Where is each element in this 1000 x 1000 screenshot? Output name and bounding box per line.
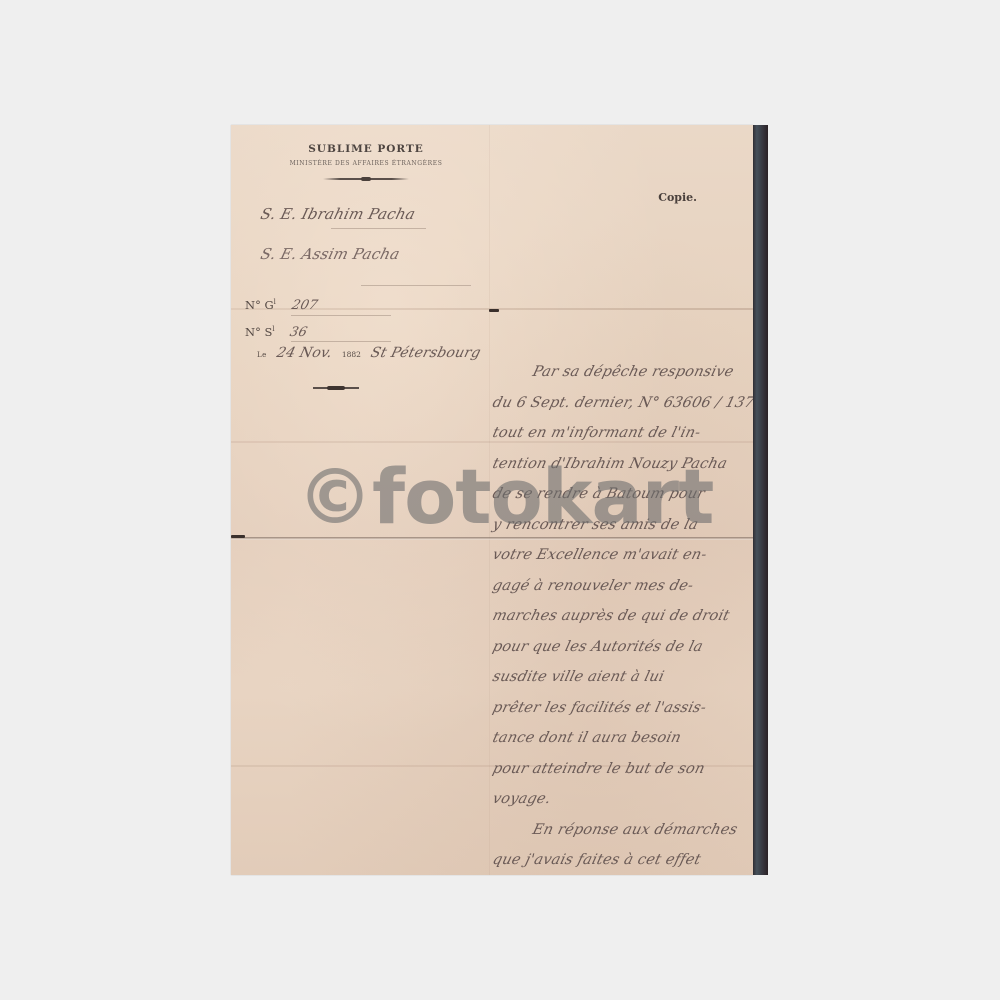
body-line-text: tout en m'informant de l'in- bbox=[489, 418, 704, 449]
body-line: de se rendre à Batoum pour bbox=[489, 479, 751, 510]
body-line: pour que les Autorités de la bbox=[489, 632, 751, 663]
letterhead-ornament bbox=[323, 178, 409, 180]
body-line-text: voyage. bbox=[489, 784, 554, 815]
underline bbox=[361, 285, 471, 286]
letterhead-subtitle: MINISTÈRE DES AFFAIRES ÉTRANGÈRES bbox=[241, 160, 491, 167]
reference-general-sup: l bbox=[274, 298, 276, 306]
letterhead-title: SUBLIME PORTE bbox=[241, 143, 491, 155]
body-line-text: tance dont il aura besoin bbox=[489, 723, 685, 754]
body-line-text: que j'avais faites à cet effet bbox=[489, 845, 704, 875]
body-line-text: gagé à renouveler mes de- bbox=[489, 571, 697, 602]
body-line: y rencontrer ses amis de la bbox=[489, 510, 751, 541]
body-line: tention d'Ibrahim Nouzy Pacha bbox=[489, 449, 751, 480]
date-prefix: Le bbox=[257, 351, 267, 359]
reference-special-label: N° S bbox=[245, 325, 272, 339]
date-ornament bbox=[313, 387, 359, 389]
body-line: que j'avais faites à cet effet bbox=[489, 845, 751, 875]
copy-label: Copie. bbox=[658, 191, 697, 204]
letter-page: SUBLIME PORTE MINISTÈRE DES AFFAIRES ÉTR… bbox=[231, 125, 753, 875]
letter-body: Par sa dépêche responsivedu 6 Sept. dern… bbox=[489, 357, 751, 875]
edge-mark bbox=[231, 535, 245, 538]
body-line: prêter les facilités et l'assis- bbox=[489, 693, 751, 724]
document-viewer: SUBLIME PORTE MINISTÈRE DES AFFAIRES ÉTR… bbox=[0, 0, 1000, 1000]
body-line-text: votre Excellence m'avait en- bbox=[489, 540, 710, 571]
letterhead: SUBLIME PORTE MINISTÈRE DES AFFAIRES ÉTR… bbox=[241, 143, 491, 180]
body-line: tance dont il aura besoin bbox=[489, 723, 751, 754]
edge-mark bbox=[489, 309, 499, 312]
body-line-text: y rencontrer ses amis de la bbox=[489, 510, 702, 541]
underline bbox=[331, 228, 426, 229]
reference-special: N° Sl 36 bbox=[245, 325, 307, 340]
body-line-text: tention d'Ibrahim Nouzy Pacha bbox=[489, 449, 731, 480]
date-line: Le 24 Nov. 1882 St Pétersbourg bbox=[257, 345, 480, 361]
body-line: voyage. bbox=[489, 784, 751, 815]
body-line: susdite ville aient à lui bbox=[489, 662, 751, 693]
date-day-month: 24 Nov. bbox=[275, 345, 334, 361]
reference-general-value: 207 bbox=[290, 298, 319, 313]
body-line: votre Excellence m'avait en- bbox=[489, 540, 751, 571]
body-line-text: du 6 Sept. dernier, N° 63606 / 137, bbox=[489, 388, 753, 419]
reference-general: N° Gl 207 bbox=[245, 298, 317, 313]
body-line: pour atteindre le but de son bbox=[489, 754, 751, 785]
reference-general-label: N° G bbox=[245, 298, 274, 312]
body-line: gagé à renouveler mes de- bbox=[489, 571, 751, 602]
body-line: En réponse aux démarches bbox=[489, 815, 751, 846]
body-line: marches auprès de qui de droit bbox=[489, 601, 751, 632]
body-line: du 6 Sept. dernier, N° 63606 / 137, bbox=[489, 388, 751, 419]
body-line: tout en m'informant de l'in- bbox=[489, 418, 751, 449]
date-year: 1882 bbox=[342, 350, 361, 359]
reference-special-value: 36 bbox=[288, 325, 309, 340]
body-line-text: marches auprès de qui de droit bbox=[489, 601, 733, 632]
body-line-text: de se rendre à Batoum pour bbox=[489, 479, 708, 510]
body-line-text: prêter les facilités et l'assis- bbox=[489, 693, 710, 724]
date-place: St Pétersbourg bbox=[369, 345, 482, 361]
body-line-text: pour atteindre le but de son bbox=[489, 754, 708, 785]
reference-rule bbox=[291, 341, 391, 342]
addressee-1: S. E. Ibrahim Pacha bbox=[259, 205, 418, 223]
reference-special-sup: l bbox=[272, 325, 274, 333]
body-line-text: pour que les Autorités de la bbox=[489, 632, 706, 663]
addressee-2: S. E. Assim Pacha bbox=[259, 245, 402, 263]
body-line-text: susdite ville aient à lui bbox=[489, 662, 668, 693]
body-line-text: Par sa dépêche responsive bbox=[529, 357, 737, 388]
body-line-text: En réponse aux démarches bbox=[529, 815, 741, 846]
body-line: Par sa dépêche responsive bbox=[489, 357, 751, 388]
reference-rule bbox=[291, 315, 391, 316]
